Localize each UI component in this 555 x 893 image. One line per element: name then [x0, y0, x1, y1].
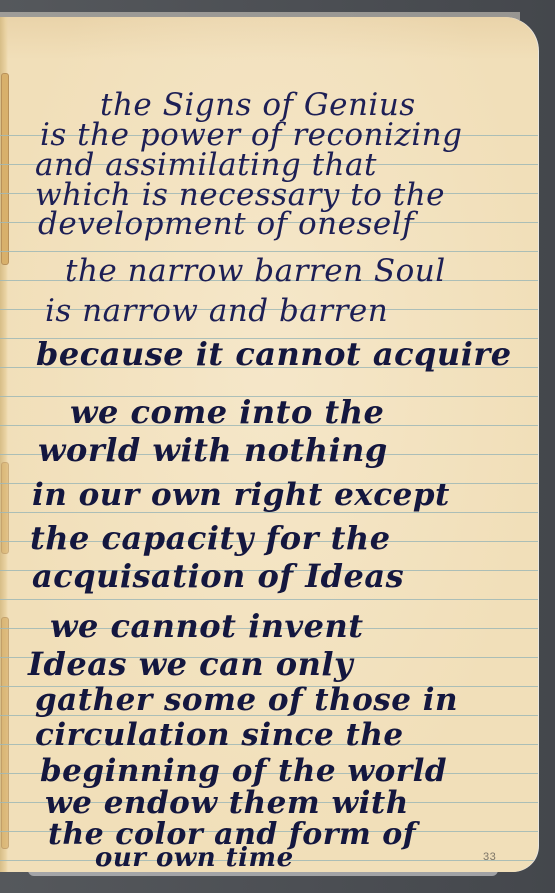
- text-line: in our own right except: [32, 477, 450, 513]
- text-line: our own time: [95, 843, 294, 872]
- text-line: world with nothing: [38, 431, 388, 469]
- text-line: gather some of those in: [35, 682, 458, 718]
- text-line: circulation since the: [35, 717, 404, 753]
- handwritten-text: the Signs of Genius is the power of reco…: [0, 17, 538, 872]
- text-line: the narrow barren Soul: [65, 253, 446, 289]
- page-number: 33: [483, 852, 496, 864]
- text-line: is narrow and barren: [45, 293, 388, 329]
- notebook-page: the Signs of Genius is the power of reco…: [0, 17, 538, 872]
- text-line: we cannot invent: [50, 607, 363, 645]
- text-line: because it cannot acquire: [36, 335, 512, 373]
- text-line: beginning of the world: [40, 753, 447, 789]
- text-line: we come into the: [70, 393, 384, 431]
- text-line: we endow them with: [45, 785, 409, 821]
- text-line: development of oneself: [38, 206, 414, 242]
- text-line: the capacity for the: [30, 519, 391, 557]
- text-line: acquisation of Ideas: [32, 557, 404, 595]
- scan-background: the Signs of Genius is the power of reco…: [0, 0, 555, 893]
- text-line: Ideas we can only: [28, 645, 353, 683]
